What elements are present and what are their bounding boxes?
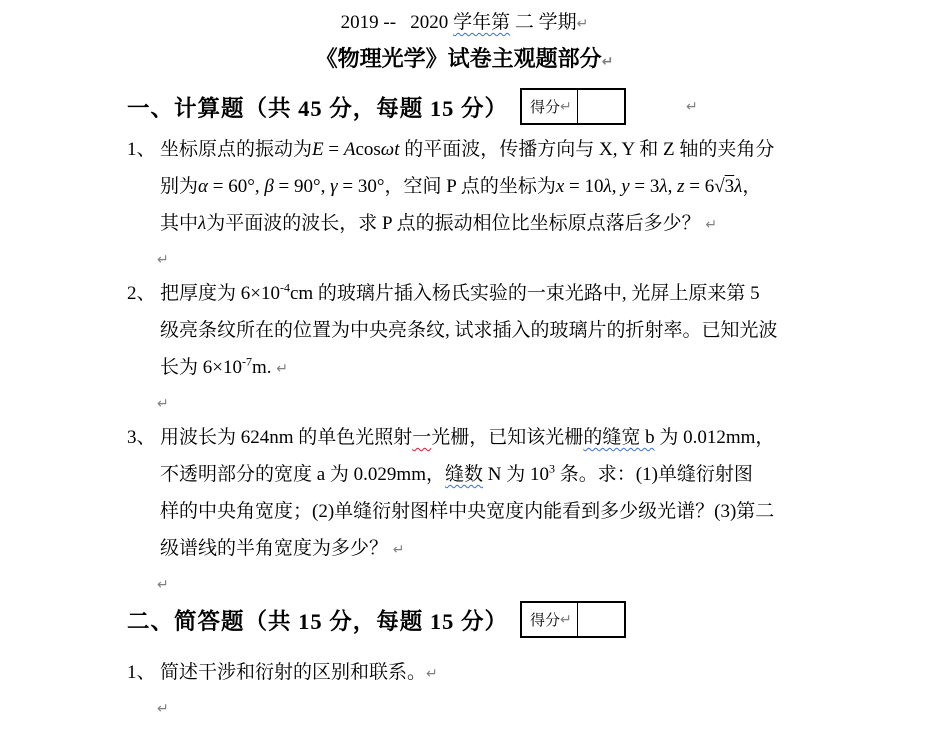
question-3-line-1: 3、用波长为 624nm 的单色光照射一光栅，已知该光栅的缝宽 b 为 0.01… xyxy=(127,419,827,456)
text-run: γ xyxy=(330,176,338,197)
section-1-heading-row: 一、计算题（共 45 分，每题 15 分） 得分↵ ↵ xyxy=(127,88,827,125)
paragraph-mark-icon: ↵ xyxy=(560,612,572,628)
text-run: = 60°, xyxy=(208,176,264,197)
question-3: 3、用波长为 624nm 的单色光照射一光栅，已知该光栅的缝宽 b 为 0.01… xyxy=(127,419,827,600)
text-run: 级亮条纹所在的位置为中央亮条纹, 试求插入的玻璃片的折射率。已知光波 xyxy=(160,320,778,341)
exam-document-page: 2019 -- 2020 学年第 二 学期↵ 《物理光学》试卷主观题部分↵ 一、… xyxy=(0,0,929,736)
spellcheck-underlined-text: 学年第 xyxy=(453,12,510,33)
document-body: 一、计算题（共 45 分，每题 15 分） 得分↵ ↵ 1、坐标原点的振动为E … xyxy=(127,88,827,724)
section-2-question-1-line-1: 1、简述干涉和衍射的区别和联系。↵ xyxy=(127,654,827,693)
question-text: 坐标原点的振动为E = Acosωt 的平面波，传播方向与 X, Y 和 Z 轴… xyxy=(160,139,774,160)
question-3-line-2: 不透明部分的宽度 a 为 0.029mm，缝数 N 为 103 条。求：(1)单… xyxy=(127,456,827,493)
text-run: = 3 xyxy=(630,176,660,197)
question-text: 用波长为 624nm 的单色光照射一光栅，已知该光栅的缝宽 b 为 0.012m… xyxy=(160,427,774,448)
text-run: ， xyxy=(742,176,761,197)
question-2-line-2: 级亮条纹所在的位置为中央亮条纹, 试求插入的玻璃片的折射率。已知光波 xyxy=(127,312,827,349)
paragraph-mark-icon: ↵ xyxy=(686,99,698,115)
question-number: 1、 xyxy=(127,654,160,691)
spellcheck-underlined-text: 缝数 xyxy=(445,464,483,485)
empty-paragraph: ↵ xyxy=(127,693,827,724)
text-run: λ xyxy=(198,213,206,234)
spellcheck-underlined-text: 一 xyxy=(412,427,431,448)
text-run: -4 xyxy=(280,281,290,295)
score-label: 得分 xyxy=(530,609,560,630)
text-run: = 6 xyxy=(685,176,715,197)
paragraph-mark-icon: ↵ xyxy=(560,99,572,115)
question-1-line-2: 别为α = 60°, β = 90°, γ = 30°，空间 P 点的坐标为x … xyxy=(127,168,827,205)
text-run: 《物理光学》试卷主观题部分 xyxy=(316,46,602,71)
exam-title-heading: 《物理光学》试卷主观题部分↵ xyxy=(0,42,929,73)
text-run: 样的中央角宽度；(2)单缝衍射图样中央宽度内能看到多少级光谱？(3)第二 xyxy=(160,501,774,522)
question-1-line-3: 其中λ为平面波的波长，求 P 点的振动相位比坐标原点落后多少？ ↵ xyxy=(127,205,827,244)
score-value-cell xyxy=(578,603,624,636)
question-2-line-3: 长为 6×10-7m. ↵ xyxy=(127,349,827,388)
radical-sign: √ xyxy=(714,176,724,197)
text-run: 别为 xyxy=(160,176,198,197)
score-value-cell xyxy=(578,90,624,123)
text-run: -7 xyxy=(242,355,252,369)
text-run: 把厚度为 6×10 xyxy=(160,283,280,304)
question-3-line-4: 级谱线的半角宽度为多少？ ↵ xyxy=(127,530,827,569)
score-label-cell: 得分↵ xyxy=(522,603,578,636)
text-run: α xyxy=(198,176,208,197)
paragraph-mark-icon: ↵ xyxy=(705,217,717,233)
text-run: 光栅，已知该光栅 xyxy=(431,427,583,448)
text-run: 长为 6×10 xyxy=(160,357,242,378)
text-run: 其中 xyxy=(160,213,198,234)
question-3-line-3: 样的中央角宽度；(2)单缝衍射图样中央宽度内能看到多少级光谱？(3)第二 xyxy=(127,493,827,530)
exam-term-heading: 2019 -- 2020 学年第 二 学期↵ xyxy=(0,0,929,34)
question-text: 把厚度为 6×10-4cm 的玻璃片插入杨氏实验的一束光路中, 光屏上原来第 5 xyxy=(160,283,760,304)
text-run: E xyxy=(312,139,324,160)
text-run: cos xyxy=(355,139,380,160)
paragraph-mark-icon: ↵ xyxy=(393,542,405,558)
question-1-line-1: 1、坐标原点的振动为E = Acosωt 的平面波，传播方向与 X, Y 和 Z… xyxy=(127,131,827,168)
section-2-title: 二、简答题（共 15 分，每题 15 分） xyxy=(127,604,508,636)
paragraph-mark-icon: ↵ xyxy=(157,396,169,412)
empty-paragraph: ↵ xyxy=(127,244,827,275)
paragraph-mark-icon: ↵ xyxy=(602,54,614,70)
text-run: 坐标原点的振动为 xyxy=(160,139,312,160)
text-run: m. xyxy=(252,357,276,378)
text-run: ，空间 P 点的坐标为 xyxy=(384,176,555,197)
paragraph-mark-icon: ↵ xyxy=(157,701,169,717)
empty-paragraph: ↵ xyxy=(127,569,827,600)
text-run: λ xyxy=(659,176,667,197)
paragraph-mark-icon: ↵ xyxy=(276,361,288,377)
text-run: 的平面波，传播方向与 X, Y 和 Z 轴的夹角分 xyxy=(399,139,774,160)
text-run: 级谱线的半角宽度为多少？ xyxy=(160,538,393,559)
paragraph-mark-icon: ↵ xyxy=(157,252,169,268)
text-run: 二 学期 xyxy=(510,12,577,33)
paragraph-mark-icon: ↵ xyxy=(426,666,438,682)
text-run: , xyxy=(612,176,622,197)
score-box-section-1: 得分↵ xyxy=(520,88,626,125)
text-run: 条。求：(1)单缝衍射图 xyxy=(555,464,753,485)
score-box-section-2: 得分↵ xyxy=(520,601,626,638)
score-label: 得分 xyxy=(530,96,560,117)
text-run: 简述干涉和衍射的区别和联系。 xyxy=(160,662,426,683)
text-run: 用波长为 624nm 的单色光照射 xyxy=(160,427,412,448)
text-run: β xyxy=(264,176,273,197)
text-run: A xyxy=(344,139,356,160)
text-run: 为 0.012mm， xyxy=(655,427,775,448)
question-number: 1、 xyxy=(127,131,160,168)
text-run: z xyxy=(677,176,684,197)
text-run: cm 的玻璃片插入杨氏实验的一束光路中, 光屏上原来第 5 xyxy=(290,283,760,304)
section-2-question-1: 1、简述干涉和衍射的区别和联系。↵ ↵ xyxy=(127,654,827,724)
text-run: , xyxy=(668,176,678,197)
paragraph-mark-icon: ↵ xyxy=(157,577,169,593)
text-run: N 为 10 xyxy=(483,464,549,485)
section-2-heading-row: 二、简答题（共 15 分，每题 15 分） 得分↵ xyxy=(127,601,827,638)
text-run: = 30° xyxy=(338,176,385,197)
text-run: 2019 -- 2020 xyxy=(341,12,453,33)
spellcheck-underlined-text: 的缝宽 b xyxy=(583,427,654,448)
text-run: 不透明部分的宽度 a 为 0.029mm， xyxy=(160,464,445,485)
question-text: 简述干涉和衍射的区别和联系。↵ xyxy=(160,662,438,683)
text-run: 为平面波的波长，求 P 点的振动相位比坐标原点落后多少？ xyxy=(206,213,705,234)
text-run: = 90°, xyxy=(274,176,330,197)
question-2-line-1: 2、把厚度为 6×10-4cm 的玻璃片插入杨氏实验的一束光路中, 光屏上原来第… xyxy=(127,275,827,312)
text-run: ωt xyxy=(381,139,400,160)
text-run: = xyxy=(324,139,344,160)
question-2: 2、把厚度为 6×10-4cm 的玻璃片插入杨氏实验的一束光路中, 光屏上原来第… xyxy=(127,275,827,419)
text-run: λ xyxy=(603,176,611,197)
text-run: x xyxy=(556,176,564,197)
empty-paragraph: ↵ xyxy=(127,388,827,419)
section-1-title: 一、计算题（共 45 分，每题 15 分） xyxy=(127,91,508,123)
paragraph-mark-icon: ↵ xyxy=(577,16,589,32)
text-run: = 10 xyxy=(564,176,603,197)
text-run: y xyxy=(621,176,629,197)
question-1: 1、坐标原点的振动为E = Acosωt 的平面波，传播方向与 X, Y 和 Z… xyxy=(127,131,827,275)
score-label-cell: 得分↵ xyxy=(522,90,578,123)
question-number: 3、 xyxy=(127,419,160,456)
text-run: 3 xyxy=(725,176,735,197)
question-number: 2、 xyxy=(127,275,160,312)
